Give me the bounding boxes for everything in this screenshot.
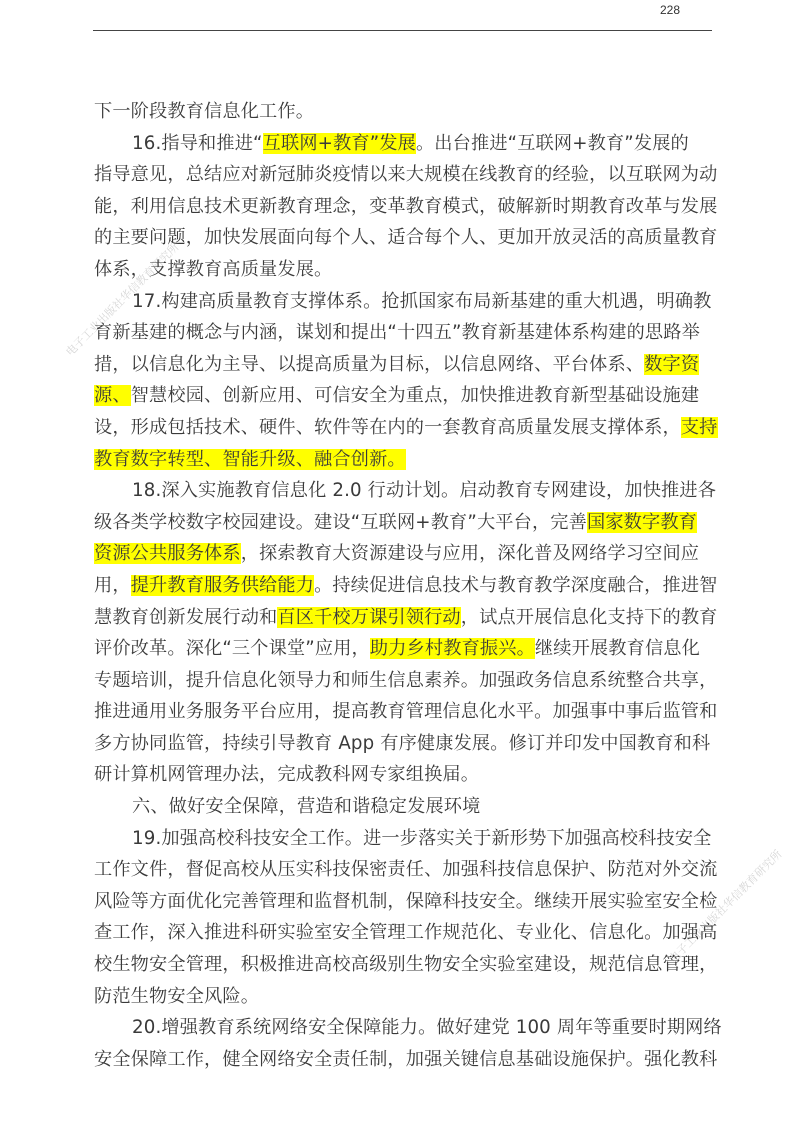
text-line: 16.指导和推进“互联网+教育”发展。出台推进“互联网+教育”发展的 (94, 128, 714, 160)
text-segment: 18.深入实施教育信息化 2.0 行动计划。启动教育专网建设，加快推进各 (132, 480, 716, 501)
text-segment: 六、做好安全保障，营造和谐稳定发展环境 (132, 796, 480, 817)
text-line: 六、做好安全保障，营造和谐稳定发展环境 (94, 791, 714, 823)
text-segment: ，探索教育大资源建设与应用，深化普及网络学习空间应 (241, 543, 699, 564)
text-line: 体系，支撑教育高质量发展。 (94, 254, 714, 286)
highlighted-text: 提升教育服务供给能力 (131, 575, 314, 596)
text-line: 风险等方面优化完善管理和监督机制，保障科技安全。继续开展实验室安全检 (94, 886, 714, 918)
text-segment: 20.增强教育系统网络安全保障能力。做好建党 100 周年等重要时期网络 (132, 1017, 722, 1038)
text-line: 资源公共服务体系，探索教育大资源建设与应用，深化普及网络学习空间应 (94, 538, 714, 570)
text-segment: 专题培训，提升信息化领导力和师生信息素养。加强政务信息系统整合共享， (94, 670, 717, 691)
text-line: 推进通用业务服务平台应用，提高教育管理信息化水平。加强事中事后监管和 (94, 696, 714, 728)
text-line: 多方协同监管，持续引导教育 App 有序健康发展。修订并印发中国教育和科 (94, 728, 714, 760)
text-segment: 校生物安全管理，积极推进高校高级别生物安全实验室建设，规范信息管理， (94, 954, 717, 975)
text-line: 17.构建高质量教育支撑体系。抢抓国家布局新基建的重大机遇，明确教 (94, 286, 714, 318)
text-line: 防范生物安全风险。 (94, 981, 714, 1013)
body-text: 下一阶段教育信息化工作。16.指导和推进“互联网+教育”发展。出台推进“互联网+… (94, 96, 714, 1075)
text-line: 措，以信息化为主导、以提高质量为目标，以信息网络、平台体系、数字资 (94, 349, 714, 381)
text-segment: 能，利用信息技术更新教育理念，变革教育模式，破解新时期教育改革与发展 (94, 196, 717, 217)
header-rule (93, 30, 712, 31)
highlighted-text: 数字资 (644, 354, 699, 375)
text-line: 级各类学校数字校园建设。建设“互联网+教育”大平台，完善国家数字教育 (94, 507, 714, 539)
text-line: 指导意见，总结应对新冠肺炎疫情以来大规模在线教育的经验，以互联网为动 (94, 159, 714, 191)
text-segment: 。出台推进“互联网+教育”发展的 (416, 133, 689, 154)
highlighted-text: 国家数字教育 (587, 512, 697, 533)
text-segment: 措，以信息化为主导、以提高质量为目标，以信息网络、平台体系、 (94, 354, 644, 375)
text-segment: 体系，支撑教育高质量发展。 (94, 259, 332, 280)
text-line: 设，形成包括技术、硬件、软件等在内的一套教育高质量发展支撑体系，支持 (94, 412, 714, 444)
text-line: 育新基建的概念与内涵，谋划和提出“十四五”教育新基建体系构建的思路举 (94, 317, 714, 349)
text-line: 18.深入实施教育信息化 2.0 行动计划。启动教育专网建设，加快推进各 (94, 475, 714, 507)
text-segment: 下一阶段教育信息化工作。 (94, 101, 314, 122)
text-line: 源、智慧校园、创新应用、可信安全为重点，加快推进教育新型基础设施建 (94, 380, 714, 412)
highlighted-text: 百区千校万课引领行动 (277, 607, 460, 628)
text-segment: 智慧校园、创新应用、可信安全为重点，加快推进教育新型基础设施建 (131, 385, 699, 406)
text-line: 慧教育创新发展行动和百区千校万课引领行动，试点开展信息化支持下的教育 (94, 602, 714, 634)
text-line: 查工作，深入推进科研实验室安全管理工作规范化、专业化、信息化。加强高 (94, 917, 714, 949)
text-segment: 育新基建的概念与内涵，谋划和提出“十四五”教育新基建体系构建的思路举 (94, 322, 700, 343)
text-line: 专题培训，提升信息化领导力和师生信息素养。加强政务信息系统整合共享， (94, 665, 714, 697)
text-segment: 。持续促进信息技术与教育教学深度融合，推进智 (314, 575, 717, 596)
highlighted-text: 助力乡村教育振兴。 (370, 638, 535, 659)
text-segment: 级各类学校数字校园建设。建设“互联网+教育”大平台，完善 (94, 512, 587, 533)
text-line: 评价改革。深化“三个课堂”应用，助力乡村教育振兴。继续开展教育信息化 (94, 633, 714, 665)
text-line: 能，利用信息技术更新教育理念，变革教育模式，破解新时期教育改革与发展 (94, 191, 714, 223)
text-segment: 慧教育创新发展行动和 (94, 607, 277, 628)
text-line: 研计算机网管理办法，完成教科网专家组换届。 (94, 759, 714, 791)
text-line: 下一阶段教育信息化工作。 (94, 96, 714, 128)
text-segment: 19.加强高校科技安全工作。进一步落实关于新形势下加强高校科技安全 (132, 828, 712, 849)
highlighted-text: 教育数字转型、智能升级、融合创新。 (94, 449, 406, 470)
text-segment: 多方协同监管，持续引导教育 App 有序健康发展。修订并印发中国教育和科 (94, 733, 710, 754)
text-line: 19.加强高校科技安全工作。进一步落实关于新形势下加强高校科技安全 (94, 823, 714, 855)
text-segment: ，试点开展信息化支持下的教育 (461, 607, 718, 628)
text-segment: 17.构建高质量教育支撑体系。抢抓国家布局新基建的重大机遇，明确教 (132, 291, 712, 312)
text-segment: 工作文件，督促高校从压实科技保密责任、加强科技信息保护、防范对外交流 (94, 859, 717, 880)
page-number: 228 (660, 3, 680, 17)
highlighted-text: 互联网+教育”发展 (263, 133, 416, 154)
text-segment: 研计算机网管理办法，完成教科网专家组换届。 (94, 764, 479, 785)
text-segment: 防范生物安全风险。 (94, 986, 259, 1007)
text-line: 工作文件，督促高校从压实科技保密责任、加强科技信息保护、防范对外交流 (94, 854, 714, 886)
text-line: 用，提升教育服务供给能力。持续促进信息技术与教育教学深度融合，推进智 (94, 570, 714, 602)
highlighted-text: 源、 (94, 385, 131, 406)
text-segment: 风险等方面优化完善管理和监督机制，保障科技安全。继续开展实验室安全检 (94, 891, 717, 912)
text-line: 的主要问题，加快发展面向每个人、适合每个人、更加开放灵活的高质量教育 (94, 222, 714, 254)
text-segment: 指导意见，总结应对新冠肺炎疫情以来大规模在线教育的经验，以互联网为动 (94, 164, 717, 185)
text-line: 教育数字转型、智能升级、融合创新。 (94, 444, 714, 476)
text-segment: 设，形成包括技术、硬件、软件等在内的一套教育高质量发展支撑体系， (94, 417, 681, 438)
text-line: 20.增强教育系统网络安全保障能力。做好建党 100 周年等重要时期网络 (94, 1012, 714, 1044)
text-segment: 推进通用业务服务平台应用，提高教育管理信息化水平。加强事中事后监管和 (94, 701, 717, 722)
text-line: 安全保障工作，健全网络安全责任制，加强关键信息基础设施保护。强化教科 (94, 1044, 714, 1076)
text-segment: 16.指导和推进“ (132, 133, 263, 154)
text-segment: 继续开展教育信息化 (535, 638, 700, 659)
text-line: 校生物安全管理，积极推进高校高级别生物安全实验室建设，规范信息管理， (94, 949, 714, 981)
text-segment: 用， (94, 575, 131, 596)
text-segment: 安全保障工作，健全网络安全责任制，加强关键信息基础设施保护。强化教科 (94, 1049, 717, 1070)
highlighted-text: 资源公共服务体系 (94, 543, 241, 564)
text-segment: 评价改革。深化“三个课堂”应用， (94, 638, 370, 659)
highlighted-text: 支持 (681, 417, 718, 438)
text-segment: 查工作，深入推进科研实验室安全管理工作规范化、专业化、信息化。加强高 (94, 922, 717, 943)
text-segment: 的主要问题，加快发展面向每个人、适合每个人、更加开放灵活的高质量教育 (94, 227, 717, 248)
